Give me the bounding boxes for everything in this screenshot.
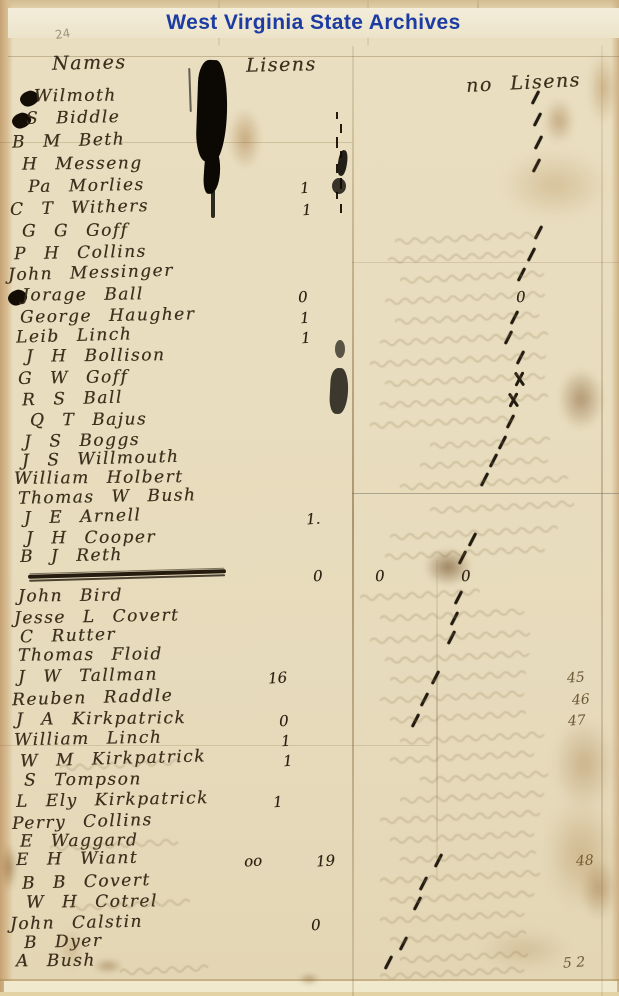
vertical-fold-line-2: [436, 560, 438, 880]
row-name: B J Reth: [20, 545, 123, 567]
row-lisens-value: 1: [301, 201, 312, 220]
bleed-through-writing: [390, 828, 540, 848]
row-name: Pa Morlies: [28, 175, 145, 197]
tick-mark: [340, 204, 342, 213]
row-lisens-value: 0: [297, 288, 308, 307]
row-name: C T Withers: [10, 196, 149, 220]
pencil-page-number: 24: [54, 26, 71, 42]
no-lisens-tally-mark: [431, 670, 440, 685]
no-lisens-tally-mark: [384, 955, 393, 970]
tick-mark: [340, 124, 342, 133]
ink-smudge: [335, 340, 345, 358]
row-lisens-value: 1.: [305, 510, 321, 529]
row-name: Q T Bajus: [30, 409, 147, 430]
column-header-lisens: Lisens: [246, 53, 317, 76]
row-name: A Bush: [16, 951, 96, 972]
vertical-margin-line: [601, 46, 603, 996]
row-name: R S Ball: [22, 388, 123, 411]
bleed-through-writing: [400, 268, 550, 288]
bleed-through-writing: [380, 392, 550, 413]
row-sequence-number: 45: [566, 669, 585, 686]
row-name: L Ely Kirkpatrick: [16, 788, 209, 812]
row-sequence-number: 47: [567, 712, 586, 729]
row-name: H Messeng: [22, 153, 143, 174]
paper-stain: [553, 718, 615, 810]
row-lisens-value: 1: [280, 732, 291, 751]
bleed-through-writing: [385, 648, 535, 668]
row-name: William Linch: [14, 728, 163, 751]
no-lisens-x-mark: [506, 392, 520, 408]
tick-mark: [336, 112, 338, 119]
ink-streak: [188, 68, 192, 112]
scanned-ledger-page: West Virginia State Archives 24 Names Li…: [0, 0, 619, 996]
no-lisens-tally-mark: [434, 853, 443, 868]
row-name: J E Arnell: [24, 505, 142, 528]
row-name: John Bird: [18, 585, 123, 606]
bleed-through-writing: [380, 330, 550, 351]
row-name: P H Collins: [14, 242, 147, 265]
no-lisens-x-mark: [512, 371, 526, 387]
row-lisens-value: 16: [267, 668, 287, 687]
bleed-through-writing: [380, 908, 530, 928]
row-name: G G Goff: [22, 220, 129, 241]
bleed-through-writing: [420, 769, 550, 788]
no-lisens-tally-mark: [532, 158, 541, 173]
row-lisens-value: 1: [272, 793, 283, 812]
row-name: W M Kirkpatrick: [20, 746, 206, 771]
horizontal-crease: [352, 262, 619, 263]
row-sequence-number: 46: [571, 691, 590, 708]
row-name: Reuben Raddle: [12, 686, 174, 710]
ink-smudge: [329, 368, 349, 415]
row-name: J H Bollison: [26, 345, 166, 366]
bleed-through-writing: [395, 229, 545, 249]
archives-banner-title: West Virginia State Archives: [166, 11, 460, 35]
no-lisens-tally-mark: [517, 267, 526, 282]
row-lisens-value-2: 19: [315, 851, 335, 870]
no-lisens-tally-mark: [454, 590, 463, 605]
row-lisens-value: 0: [312, 567, 323, 586]
row-name: S Tompson: [24, 769, 142, 790]
row-sequence-number: 48: [575, 852, 594, 869]
no-lisens-tally-mark: [527, 247, 536, 262]
bleed-through-writing: [430, 435, 550, 453]
row-name: B B Covert: [22, 870, 151, 894]
row-lisens-value: 0: [310, 916, 321, 935]
paper-stain: [500, 150, 610, 220]
row-name: Jorage Ball: [22, 284, 144, 305]
no-lisens-tally-mark: [420, 692, 429, 707]
bleed-through-writing: [390, 928, 530, 947]
row-name: B M Beth: [12, 129, 126, 152]
bleed-through-writing: [370, 413, 520, 433]
archives-banner: West Virginia State Archives: [8, 8, 619, 38]
row-name: Thomas W Bush: [18, 485, 197, 508]
row-name: Wilmoth: [34, 86, 117, 107]
bleed-through-writing: [380, 868, 540, 888]
ink-smudge: [332, 178, 346, 194]
ink-streak: [211, 190, 215, 218]
no-lisens-tally-mark: [534, 225, 543, 240]
row-name: John Messinger: [8, 261, 174, 286]
no-lisens-tally-mark: [533, 112, 542, 127]
no-lisens-value: 0: [374, 567, 385, 586]
row-lisens-value: 1: [299, 179, 310, 198]
no-lisens-tally-mark: [510, 310, 519, 325]
bleed-through-writing: [390, 668, 530, 687]
page-right-edge: [611, 0, 619, 996]
paper-stain: [543, 98, 575, 144]
bleed-through-writing: [400, 788, 550, 808]
row-name: E H Wiant: [16, 848, 138, 870]
struck-out-name: [28, 569, 226, 579]
bleed-through-writing: [390, 888, 540, 908]
row-name: W H Cotrel: [26, 891, 158, 912]
no-lisens-tally-mark: [534, 135, 543, 150]
no-lisens-tally-mark: [506, 414, 515, 429]
page-left-edge: [0, 0, 13, 996]
bleed-through-writing: [400, 949, 530, 968]
no-lisens-tally-mark: [399, 936, 408, 951]
bleed-through-writing: [420, 455, 550, 474]
no-lisens-tally-mark: [516, 350, 525, 365]
no-lisens-tally-mark: [450, 611, 459, 626]
column-header-no-lisens: no Lisens: [466, 69, 582, 97]
no-lisens-tally-mark: [489, 453, 498, 468]
page-bottom-edge: [0, 992, 619, 996]
no-lisens-tally-mark: [411, 713, 420, 728]
bleed-through-writing: [395, 309, 545, 329]
row-lisens-value: 0: [278, 712, 289, 731]
page-bottom-strip: [4, 981, 617, 992]
row-name: S Biddle: [26, 107, 121, 129]
row-lisens-value: 1: [300, 329, 311, 348]
no-lisens-tally-mark: [419, 876, 428, 891]
paper-stain: [558, 368, 604, 430]
horizontal-crease: [352, 493, 619, 494]
no-lisens-tally-mark: [447, 630, 456, 645]
paper-stain: [228, 108, 262, 170]
row-sequence-number: 5 2: [562, 954, 585, 972]
no-lisens-tally-mark: [498, 435, 507, 450]
no-lisens-tally-mark: [413, 896, 422, 911]
ink-blot: [195, 60, 229, 163]
row-name: G W Goff: [18, 367, 129, 389]
bleed-through-writing: [360, 587, 480, 605]
row-lisens-value: 1: [299, 309, 310, 328]
bleed-through-writing: [400, 729, 550, 749]
no-lisens-tally-mark: [504, 330, 513, 345]
tick-mark: [336, 137, 338, 148]
bleed-through-writing: [380, 688, 530, 708]
bleed-through-writing: [388, 248, 528, 267]
bleed-through-writing: [380, 808, 540, 828]
column-header-names: Names: [52, 51, 127, 75]
paper-stain: [480, 930, 570, 970]
row-name: Leib Linch: [16, 324, 133, 347]
paper-stain: [92, 958, 124, 974]
row-name: J W Tallman: [18, 665, 158, 688]
vertical-fold-line: [352, 46, 354, 996]
bleed-through-writing: [120, 963, 211, 980]
no-lisens-tally-mark: [458, 550, 467, 565]
no-lisens-value: 0: [460, 567, 471, 586]
no-lisens-value: 0: [515, 288, 526, 307]
row-lisens-value: oo: [243, 851, 262, 870]
bleed-through-writing: [390, 748, 540, 768]
row-name: Thomas Floid: [18, 644, 163, 666]
ink-smudge: [336, 150, 349, 177]
ink-blot: [202, 149, 221, 194]
no-lisens-tally-mark: [468, 532, 477, 547]
no-lisens-tally-mark: [480, 472, 489, 487]
bleed-through-writing: [400, 848, 540, 867]
bleed-through-writing: [430, 498, 580, 518]
row-lisens-value: 1: [282, 752, 293, 771]
